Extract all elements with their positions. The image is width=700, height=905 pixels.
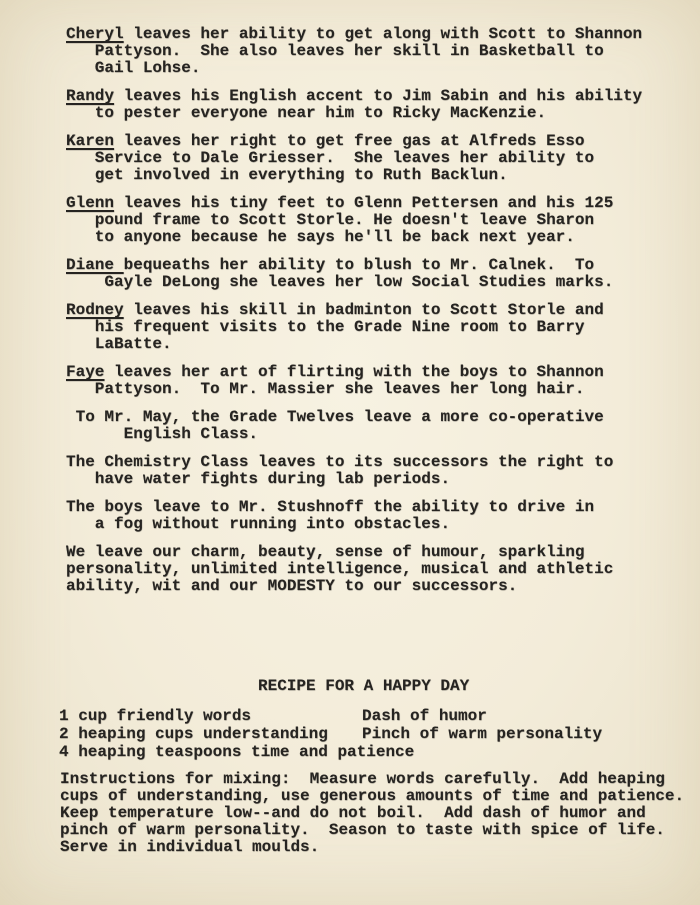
will-line: To Mr. May, the Grade Twelves leave a mo… bbox=[66, 409, 700, 426]
will-line: a fog without running into obstacles. bbox=[66, 516, 700, 533]
will-text: bequeaths her ability to blush to Mr. Ca… bbox=[124, 256, 594, 274]
ingredient-left: 4 heaping teaspoons time and patience bbox=[59, 743, 362, 761]
student-name: Diane bbox=[66, 256, 124, 274]
will-paragraph: Glenn leaves his tiny feet to Glenn Pett… bbox=[66, 195, 700, 246]
will-line: his frequent visits to the Grade Nine ro… bbox=[66, 319, 700, 336]
ingredient-row: 4 heaping teaspoons time and patience bbox=[59, 743, 700, 761]
ingredient-row: 1 cup friendly words Dash of humor bbox=[59, 707, 700, 725]
will-text: leaves her right to get free gas at Alfr… bbox=[114, 132, 584, 150]
will-line: We leave our charm, beauty, sense of hum… bbox=[66, 544, 700, 561]
will-line: to anyone because he says he'll be back … bbox=[66, 229, 700, 246]
will-line: Glenn leaves his tiny feet to Glenn Pett… bbox=[66, 195, 700, 212]
will-paragraph: The Chemistry Class leaves to its succes… bbox=[66, 454, 700, 488]
will-text: leaves his tiny feet to Glenn Pettersen … bbox=[114, 194, 613, 212]
student-name: Karen bbox=[66, 132, 114, 150]
will-line: have water fights during lab periods. bbox=[66, 471, 700, 488]
ingredients-list: 1 cup friendly words Dash of humor 2 hea… bbox=[59, 707, 700, 761]
recipe-title-row: RECIPE FOR A HAPPY DAY bbox=[0, 678, 700, 695]
will-paragraph: Karen leaves her right to get free gas a… bbox=[66, 133, 700, 184]
will-text: leaves his English accent to Jim Sabin a… bbox=[114, 87, 642, 105]
will-line: ability, wit and our MODESTY to our succ… bbox=[66, 578, 700, 595]
scanned-page: Cheryl leaves her ability to get along w… bbox=[0, 0, 700, 905]
will-line: Cheryl leaves her ability to get along w… bbox=[66, 26, 700, 43]
will-paragraph: To Mr. May, the Grade Twelves leave a mo… bbox=[66, 409, 700, 443]
will-line: Randy leaves his English accent to Jim S… bbox=[66, 88, 700, 105]
will-paragraph: We leave our charm, beauty, sense of hum… bbox=[66, 544, 700, 595]
ingredient-right: Pinch of warm personality bbox=[362, 725, 602, 743]
will-paragraph: The boys leave to Mr. Stushnoff the abil… bbox=[66, 499, 700, 533]
will-paragraph: Rodney leaves his skill in badminton to … bbox=[66, 302, 700, 353]
recipe-title: RECIPE FOR A HAPPY DAY bbox=[258, 678, 469, 695]
will-line: to pester everyone near him to Ricky Mac… bbox=[66, 105, 700, 122]
instructions-line: cups of understanding, use generous amou… bbox=[60, 788, 700, 805]
will-text: leaves his skill in badminton to Scott S… bbox=[124, 301, 604, 319]
will-paragraph: Cheryl leaves her ability to get along w… bbox=[66, 26, 700, 77]
ingredient-row: 2 heaping cups understanding Pinch of wa… bbox=[59, 725, 700, 743]
ingredient-right: Dash of humor bbox=[362, 707, 487, 725]
will-text: leaves her art of flirting with the boys… bbox=[104, 363, 603, 381]
will-line: personality, unlimited intelligence, mus… bbox=[66, 561, 700, 578]
will-line: Karen leaves her right to get free gas a… bbox=[66, 133, 700, 150]
ingredient-left: 1 cup friendly words bbox=[59, 707, 362, 725]
student-name: Faye bbox=[66, 363, 104, 381]
student-name: Rodney bbox=[66, 301, 124, 319]
will-line: Pattyson. She also leaves her skill in B… bbox=[66, 43, 700, 60]
ingredient-left: 2 heaping cups understanding bbox=[59, 725, 362, 743]
will-line: Pattyson. To Mr. Massier she leaves her … bbox=[66, 381, 700, 398]
class-will-section: Cheryl leaves her ability to get along w… bbox=[0, 0, 700, 595]
will-line: pound frame to Scott Storle. He doesn't … bbox=[66, 212, 700, 229]
instructions-line: Serve in individual moulds. bbox=[60, 839, 700, 856]
will-paragraph: Randy leaves his English accent to Jim S… bbox=[66, 88, 700, 122]
student-name: Cheryl bbox=[66, 25, 124, 43]
will-line: Faye leaves her art of flirting with the… bbox=[66, 364, 700, 381]
will-line: Gail Lohse. bbox=[66, 60, 700, 77]
student-name: Glenn bbox=[66, 194, 114, 212]
will-line: Rodney leaves his skill in badminton to … bbox=[66, 302, 700, 319]
instructions-line: Keep temperature low--and do not boil. A… bbox=[60, 805, 700, 822]
recipe-section: RECIPE FOR A HAPPY DAY 1 cup friendly wo… bbox=[0, 678, 700, 856]
will-paragraph: Faye leaves her art of flirting with the… bbox=[66, 364, 700, 398]
student-name: Randy bbox=[66, 87, 114, 105]
instructions-line: pinch of warm personality. Season to tas… bbox=[60, 822, 700, 839]
will-text: leaves her ability to get along with Sco… bbox=[124, 25, 642, 43]
will-line: Diane bequeaths her ability to blush to … bbox=[66, 257, 700, 274]
will-line: English Class. bbox=[66, 426, 700, 443]
will-line: get involved in everything to Ruth Backl… bbox=[66, 167, 700, 184]
will-line: LaBatte. bbox=[66, 336, 700, 353]
will-line: Gayle DeLong she leaves her low Social S… bbox=[66, 274, 700, 291]
will-line: The boys leave to Mr. Stushnoff the abil… bbox=[66, 499, 700, 516]
mixing-instructions: Instructions for mixing: Measure words c… bbox=[60, 771, 700, 856]
will-line: Service to Dale Griesser. She leaves her… bbox=[66, 150, 700, 167]
will-paragraph: Diane bequeaths her ability to blush to … bbox=[66, 257, 700, 291]
will-line: The Chemistry Class leaves to its succes… bbox=[66, 454, 700, 471]
instructions-line: Instructions for mixing: Measure words c… bbox=[60, 771, 700, 788]
